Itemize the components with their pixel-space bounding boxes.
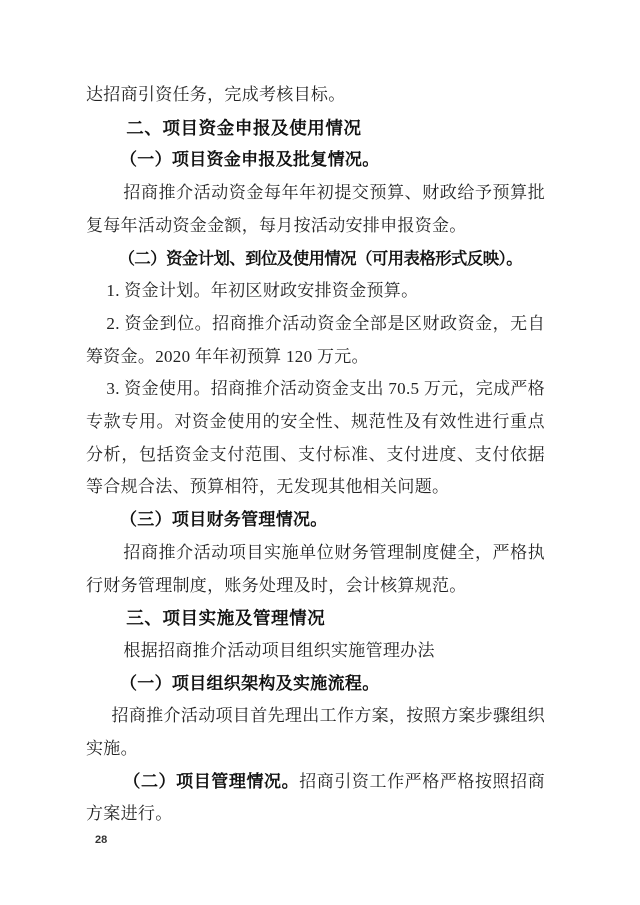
subsection-heading-3-1: （一）项目组织架构及实施流程。	[86, 668, 545, 701]
page-number: 28	[95, 834, 107, 846]
paragraph: 根据招商推介活动项目组织实施管理办法	[86, 635, 545, 668]
subsection-heading-2-2: （二）资金计划、到位及使用情况（可用表格形式反映）。	[86, 243, 545, 276]
section-heading-2: 二、项目资金申报及使用情况	[86, 112, 545, 145]
subsection-heading-2-3: （三）项目财务管理情况。	[86, 504, 545, 537]
subsection-heading-2-1: （一）项目资金申报及批复情况。	[86, 144, 545, 177]
numbered-item-2: 2. 资金到位。招商推介活动资金全部是区财政资金，无自筹资金。2020 年年初预…	[86, 308, 545, 373]
numbered-item-1: 1. 资金计划。年初区财政安排资金预算。	[86, 275, 545, 308]
paragraph: 招商推介活动项目实施单位财务管理制度健全，严格执行财务管理制度，账务处理及时，会…	[86, 537, 545, 602]
paragraph-with-runin-heading: （二）项目管理情况。招商引资工作严格严格按照招商方案进行。	[86, 766, 545, 831]
paragraph-continuation: 达招商引资任务，完成考核目标。	[86, 79, 545, 112]
numbered-item-3: 3. 资金使用。招商推介活动资金支出 70.5 万元，完成严格专款专用。对资金使…	[86, 373, 545, 504]
paragraph: 招商推介活动资金每年年初提交预算、财政给予预算批复每年活动资金金额，每月按活动安…	[86, 177, 545, 242]
document-body: 达招商引资任务，完成考核目标。 二、项目资金申报及使用情况 （一）项目资金申报及…	[86, 79, 545, 831]
subsection-heading-3-2: （二）项目管理情况。	[123, 772, 299, 791]
paragraph: 招商推介活动项目首先理出工作方案，按照方案步骤组织实施。	[86, 700, 545, 765]
document-page: 达招商引资任务，完成考核目标。 二、项目资金申报及使用情况 （一）项目资金申报及…	[0, 0, 640, 905]
section-heading-3: 三、项目实施及管理情况	[86, 602, 545, 635]
